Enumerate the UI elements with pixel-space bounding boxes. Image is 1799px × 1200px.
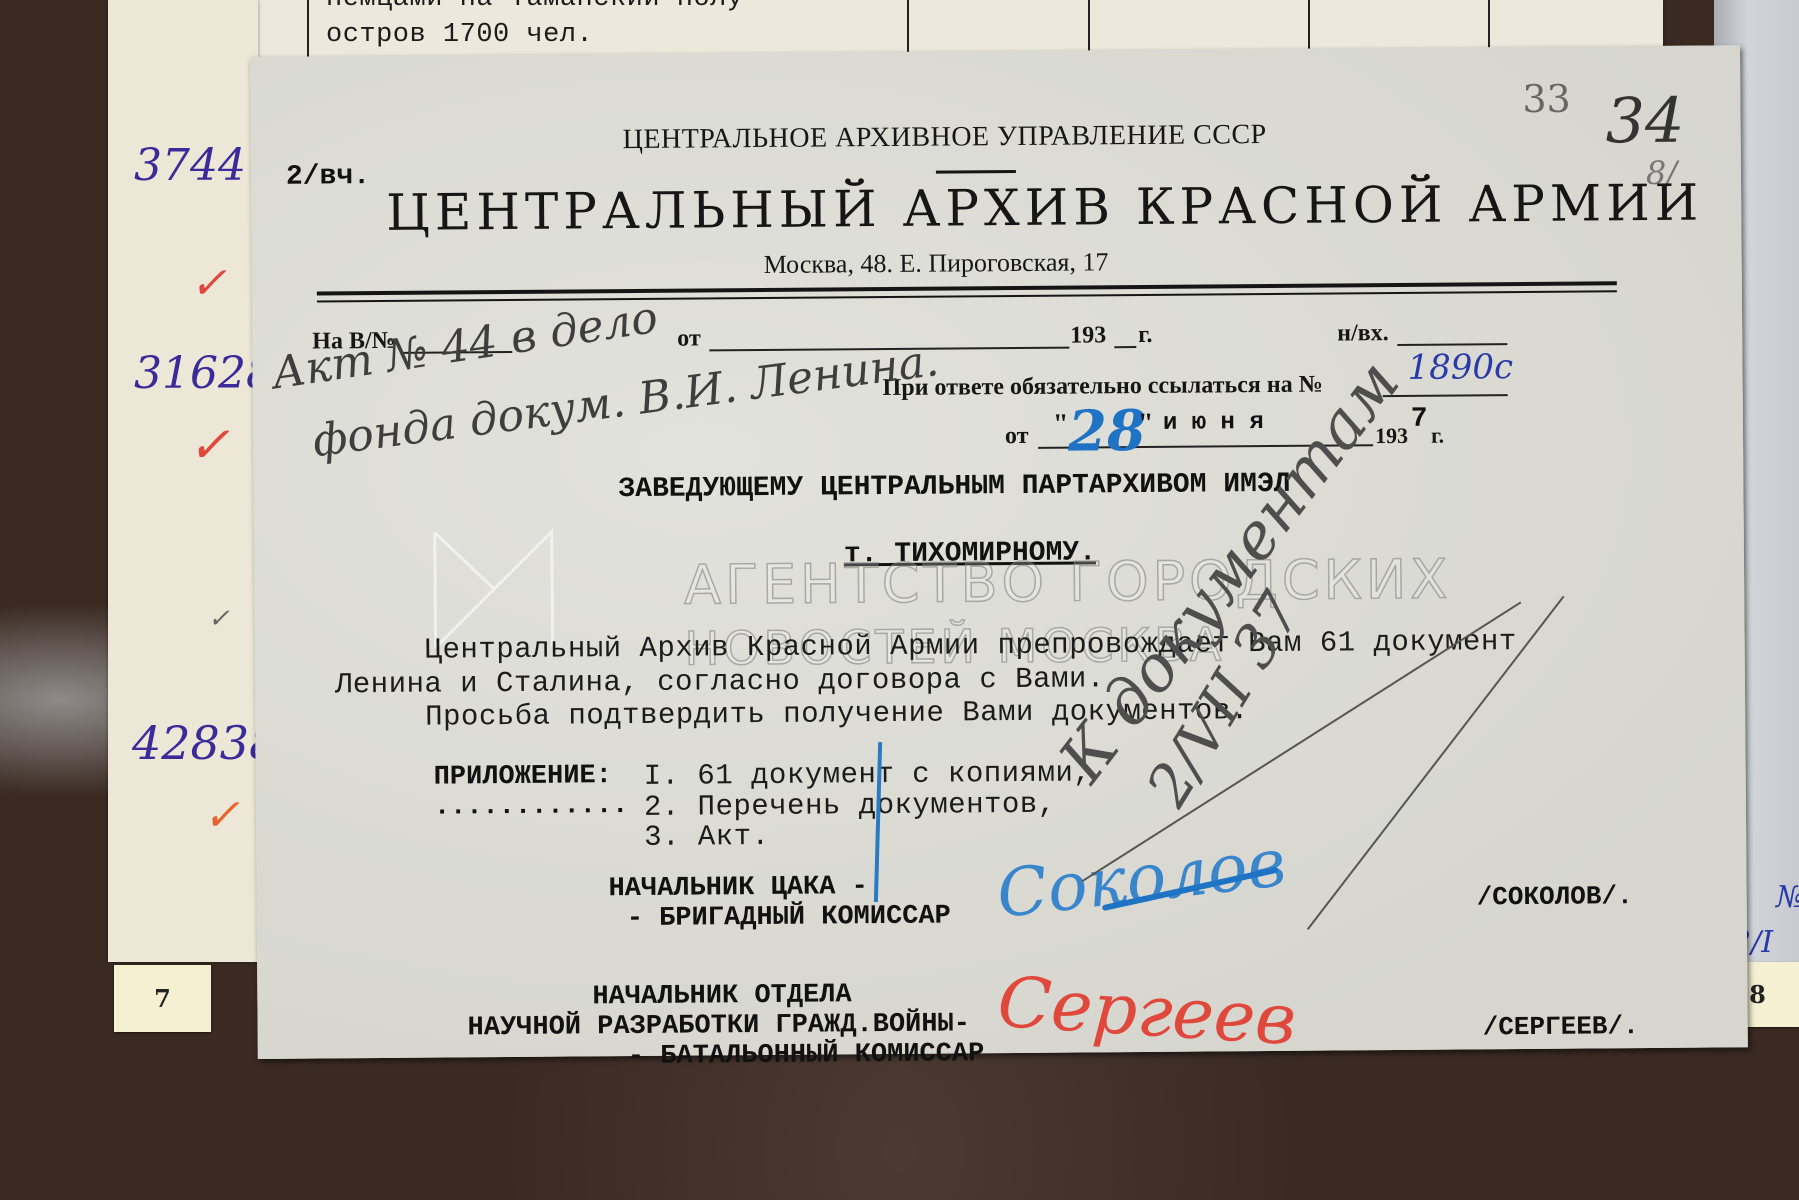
reply-number: 1890с: [1407, 347, 1513, 388]
letterhead-rule-thick: [317, 281, 1617, 295]
archive-title: ЦЕНТРАЛЬНЫЙ АРХИВ КРАСНОЙ АРМИИ: [386, 174, 1704, 242]
year-suffix: г.: [1138, 322, 1152, 349]
table-border: [907, 0, 909, 58]
attachment-dots: ............: [434, 791, 629, 823]
date-quote-close: ": [1138, 408, 1154, 440]
signatory2-title3: - БАТАЛЬОННЫЙ КОМИССАР: [628, 1039, 985, 1072]
year-field: [1114, 346, 1136, 348]
signatory2-title1: НАЧАЛЬНИК ОТДЕЛА: [592, 980, 851, 1012]
red-check-icon: ✓: [203, 790, 240, 841]
red-check-icon: ✓: [188, 416, 230, 474]
corner-mark: 2/вч.: [286, 161, 370, 193]
handwritten-number-mark: №: [1776, 880, 1799, 915]
date-quote-open: ": [1053, 409, 1069, 441]
attachment-label: ПРИЛОЖЕНИЕ:: [434, 761, 612, 792]
date-month: и ю н я: [1163, 409, 1264, 437]
body-line1: Центральный Архив Красной Армии препрово…: [425, 625, 1517, 667]
from-label: от: [677, 325, 701, 352]
signatory1-title1: НАЧАЛЬНИК ЦАКА -: [608, 872, 867, 904]
signatory2-title2: НАУЧНОЙ РАЗРАБОТКИ ГРАЖД.ВОЙНЫ-: [468, 1009, 971, 1043]
table-cell-text: немцами на Таманский полу-: [326, 0, 760, 14]
date-day: 28: [1068, 398, 1146, 465]
date-year-digit: 7: [1411, 404, 1428, 435]
watermark-line1: АГЕНТСТВО ГОРОДСКИХ: [684, 548, 1452, 617]
date-suffix: г.: [1431, 423, 1444, 449]
attachment-item-3: 3. Акт.: [644, 820, 770, 854]
background-paper-left: 3744 ✓ 31628 ✓ ✓ 42838 ✓: [108, 0, 258, 962]
archive-address: Москва, 48. Е. Пироговская, 17: [764, 247, 1109, 280]
date-from-label: от: [1005, 423, 1029, 450]
page-number-new: 34: [1605, 84, 1684, 158]
red-signature: Сергеев: [995, 961, 1298, 1061]
table-cell-text: остров 1700 чел.: [326, 20, 593, 50]
page-number-old: 33: [1522, 77, 1571, 121]
table-border: [307, 0, 309, 58]
agency-name: ЦЕНТРАЛЬНОЕ АРХИВНОЕ УПРАВЛЕНИЕ СССР: [623, 119, 1267, 156]
pencil-check-icon: ✓: [208, 604, 230, 634]
attachment-item-2: 2. Перечень документов,: [644, 788, 1056, 824]
signatory2-name: /СЕРГЕЕВ/.: [1483, 1011, 1639, 1042]
table-border: [1088, 0, 1090, 58]
red-check-icon: ✓: [190, 258, 227, 309]
handwritten-number: 3744: [134, 140, 246, 191]
letterhead-divider: [936, 170, 1016, 174]
year-label: 193: [1070, 322, 1106, 349]
incoming-label: н/вх.: [1337, 320, 1389, 347]
exhibit-label-7: 7: [114, 965, 211, 1032]
signatory1-name: /СОКОЛОВ/.: [1477, 881, 1633, 912]
main-document: 33 34 8/ 2/вч. ЦЕНТРАЛЬНОЕ АРХИВНОЕ УПРА…: [250, 45, 1748, 1059]
signatory1-title2: - БРИГАДНЫЙ КОМИССАР: [627, 902, 951, 935]
incoming-field: [1397, 343, 1507, 346]
addressee-line1: ЗАВЕДУЮЩЕМУ ЦЕНТРАЛЬНЫМ ПАРТАРХИВОМ ИМЭЛ: [618, 469, 1290, 505]
